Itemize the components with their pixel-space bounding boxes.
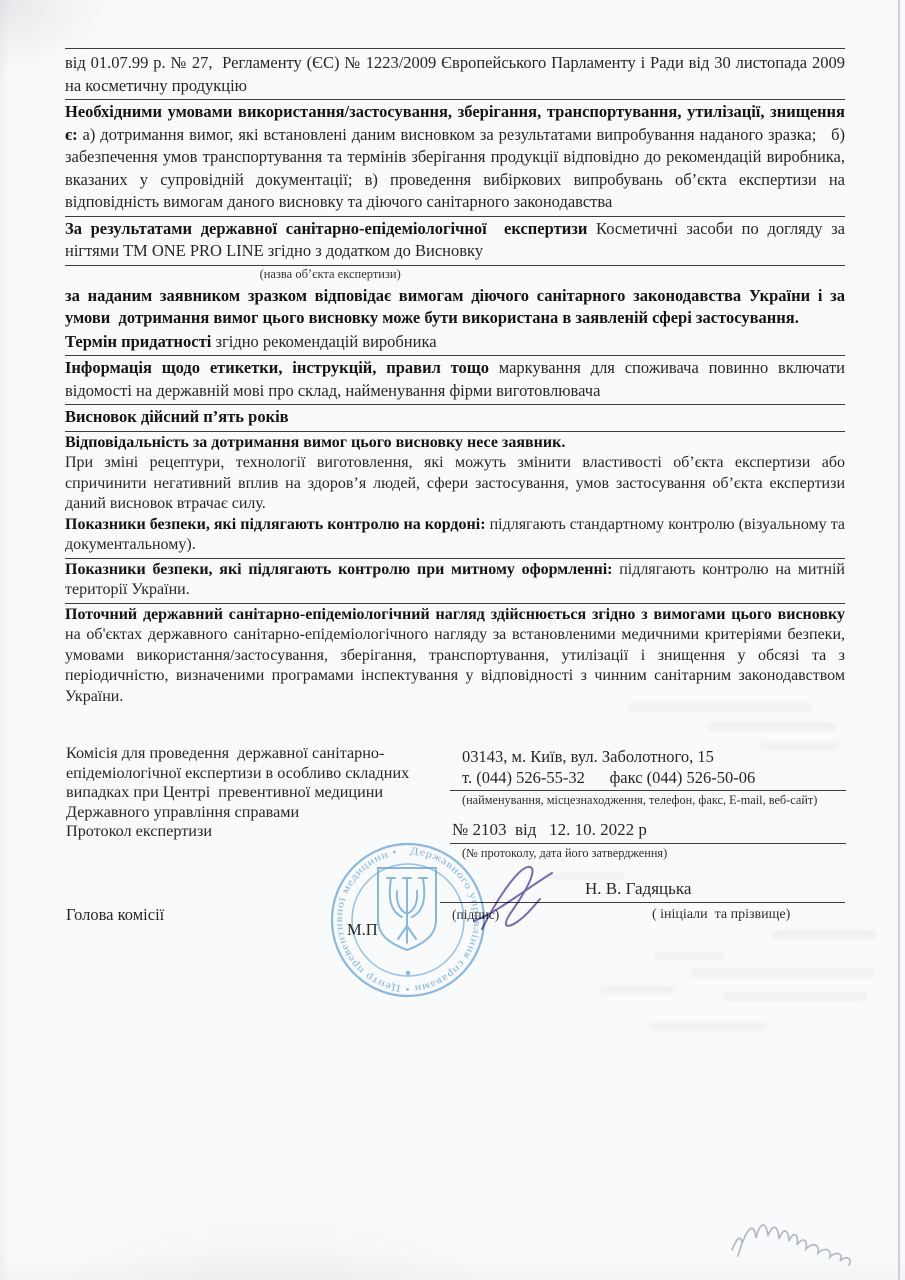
section-compliance: за наданим заявником зразком відповідає … [65,284,845,330]
compliance-text: за наданим заявником зразком відповідає … [65,286,849,328]
border-control-row: Показники безпеки, які підлягають контро… [65,515,845,556]
bleed-through-artifact [648,1022,768,1031]
responsibility-note: При зміні рецептури, технології виготовл… [65,453,845,515]
scan-edge-shadow [898,0,900,1280]
section-responsibility: Відповідальність за дотримання вимог цьо… [65,432,845,559]
section-labeling: Інформація щодо етикетки, інструкцій, пр… [65,356,845,405]
name-caption: ( ініціали та прізвище) [652,907,790,923]
object-name-caption: (назва об’єкта експертизи) [65,266,595,284]
document-body: від 01.07.99 р. № 27, Регламенту (ЄС) № … [65,48,845,707]
bleed-through-artifact [760,742,840,750]
commission-line: випадках при Центрі превентивної медицин… [66,783,461,803]
section-customs-control: Показники безпеки, які підлягають контро… [65,559,845,604]
bleed-through-artifact [545,872,625,880]
usage-conditions-text: а) дотримання вимог, які встановлені дан… [65,125,849,212]
commission-line: епідеміологічної експертизи в особливо с… [66,764,461,784]
bleed-through-artifact [706,722,836,731]
supervision-lead: Поточний державний санітарно-епідеміолог… [65,606,849,623]
trident-icon [378,868,436,950]
issuer-contact-block: 03143, м. Київ, вул. Заболотного, 15 т. … [450,746,846,861]
section-usage-conditions: Необхідними умовами використання/застосу… [65,100,845,217]
address-block: 03143, м. Київ, вул. Заболотного, 15 т. … [450,746,846,791]
signatory-name: Н. В. Гадяцька [585,879,691,899]
protocol-number: № 2103 від 12. 10. 2022 р [450,820,846,844]
validity-text: Висновок дійсний п’ять років [65,407,289,426]
seal-dot [406,971,410,975]
commission-line: Комісія для проведення державної санітар… [66,744,461,764]
section-shelf-life: Термін придатності згідно рекомендацій в… [65,330,845,357]
chairman-label: Голова комісії [66,905,164,925]
address-caption: (найменування, місцезнаходження, телефон… [450,791,846,808]
phone-fax-line: т. (044) 526-55-32 факс (044) 526-50-06 [462,767,846,788]
customs-control-lead: Показники безпеки, які підлягають контро… [65,561,613,578]
regulation-text: від 01.07.99 р. № 27, Регламенту (ЄС) № … [65,53,849,95]
round-seal-stamp: Державного управління справами • Центр п… [326,838,490,1002]
expertise-result-lead: За результатами державної санітарно-епід… [65,219,596,238]
section-expertise-result: За результатами державної санітарно-епід… [65,217,845,266]
bleed-through-artifact [600,986,675,994]
supervision-text: на об'єктах державного санітарно-епідемі… [65,626,849,705]
bleed-through-artifact [690,968,875,978]
bleed-through-artifact [722,992,867,1001]
ink-signature [468,855,563,933]
section-regulation: від 01.07.99 р. № 27, Регламенту (ЄС) № … [65,48,845,100]
commission-line: Державного управління справами [66,803,461,823]
labeling-lead: Інформація щодо етикетки, інструкцій, пр… [65,358,499,377]
shelf-life-lead: Термін придатності [65,332,215,351]
section-validity: Висновок дійсний п’ять років [65,405,845,432]
bleed-through-artifact [772,930,877,939]
bleed-through-artifact [654,952,724,960]
border-control-lead: Показники безпеки, які підлягають контро… [65,516,486,533]
scanned-document-page: від 01.07.99 р. № 27, Регламенту (ЄС) № … [0,0,905,1280]
pencil-signature [726,1198,891,1276]
bleed-through-artifact [628,702,813,712]
section-ongoing-supervision: Поточний державний санітарно-епідеміолог… [65,604,845,708]
shelf-life-value: згідно рекомендацій виробника [215,332,436,351]
responsibility-lead: Відповідальність за дотримання вимог цьо… [65,433,845,454]
commission-name-block: Комісія для проведення державної санітар… [66,744,461,842]
